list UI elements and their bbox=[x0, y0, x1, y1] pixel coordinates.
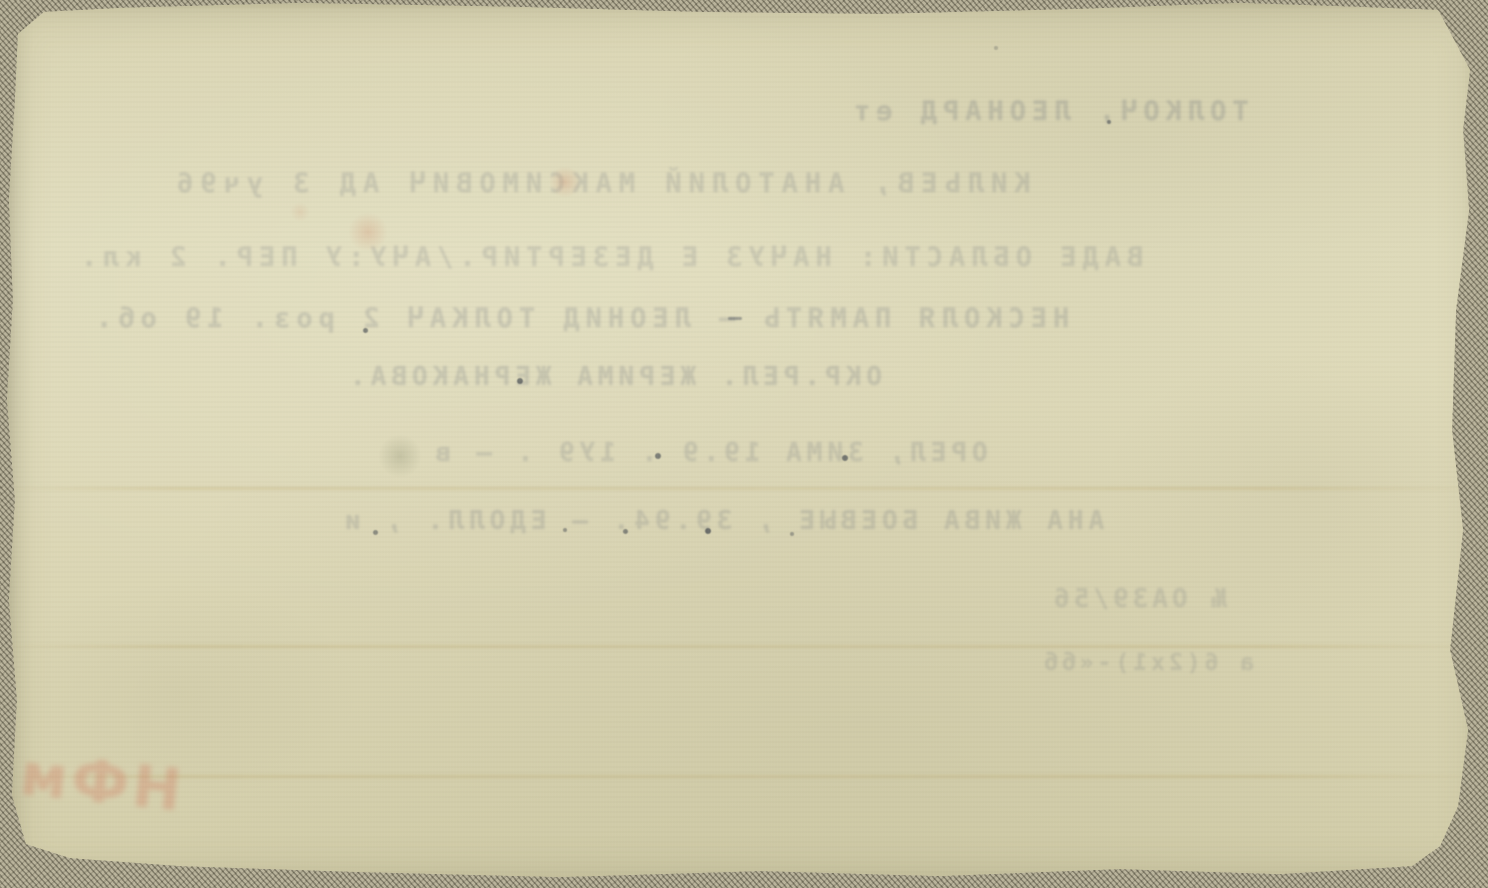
ink-punch-dot bbox=[790, 532, 794, 536]
bleedthrough-text-line: ТОЛКОЧ, ЛЕОНАРД ет bbox=[848, 96, 1249, 127]
bleedthrough-text-line: № ОА39/56 bbox=[1050, 584, 1227, 614]
ink-punch-dot bbox=[363, 328, 368, 333]
bleedthrough-text-line: НЕСКОЛЯ ПАМЯТЬ — ЛЕОНИД ТОЛКАЧ 2 роз. 19… bbox=[90, 303, 1069, 334]
ink-punch-dot bbox=[517, 378, 523, 384]
red-stamp: НФм bbox=[13, 740, 185, 825]
paper-stain bbox=[348, 212, 388, 252]
ink-punch-dot bbox=[842, 455, 848, 461]
paper-stain bbox=[290, 202, 310, 222]
scanned-document: ТОЛКОЧ, ЛЕОНАРД етКИЛЬЕВ, АНАТОЛИЙ МАКСИ… bbox=[0, 0, 1488, 888]
ink-punch-dot bbox=[655, 453, 661, 459]
horizontal-crease bbox=[0, 775, 1488, 778]
horizontal-crease bbox=[0, 487, 1488, 490]
ink-punch-dot bbox=[994, 46, 998, 50]
ink-punch-dot bbox=[1107, 120, 1111, 124]
bleedthrough-text-line: ВАДЕ ОБЛАСТИ: НАЧУЗ Е ДЕЗЕРТИР./АЧУ:У ПЕ… bbox=[75, 242, 1143, 273]
paper-stain bbox=[378, 434, 422, 478]
ink-punch-dot bbox=[373, 530, 378, 535]
bleedthrough-text-line: ОКР.РЕЛ. ЖЕРИМА ЖЕРНАКОВА. bbox=[345, 362, 882, 392]
bleedthrough-text-line: ОРЕЛ, ЗИМА 19.9 . 1У9 . — в bbox=[430, 438, 988, 468]
horizontal-crease bbox=[0, 645, 1488, 648]
paper-sheet: ТОЛКОЧ, ЛЕОНАРД етКИЛЬЕВ, АНАТОЛИЙ МАКСИ… bbox=[0, 0, 1488, 888]
ink-punch-dot bbox=[623, 529, 628, 534]
bleedthrough-text-line: АНА ЖИВА БОЕВЫЕ , 39.94. — ЕДОЛЛ. , и bbox=[340, 506, 1104, 536]
paper-stain bbox=[549, 166, 581, 198]
ink-dash-mark bbox=[728, 317, 742, 320]
bleedthrough-text-line: КИЛЬЕВ, АНАТОЛИЙ МАКСИМОВИЧ АД 3 уч96 bbox=[170, 168, 1030, 199]
ink-punch-dot bbox=[705, 528, 711, 534]
bleedthrough-text-line: а 6(2х1)-«бб bbox=[1040, 650, 1254, 676]
ink-punch-dot bbox=[563, 528, 567, 532]
